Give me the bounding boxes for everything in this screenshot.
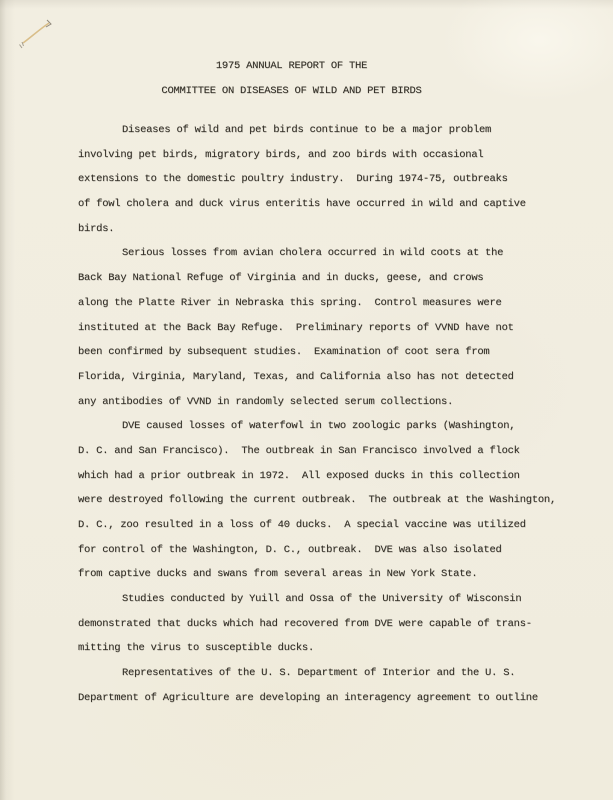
text-line: extensions to the domestic poultry indus… xyxy=(78,167,556,192)
text-line: demonstrated that ducks which had recove… xyxy=(78,612,556,637)
text-line: Studies conducted by Yuill and Ossa of t… xyxy=(78,587,556,612)
text-line: Florida, Virginia, Maryland, Texas, and … xyxy=(78,365,556,390)
text-line: along the Platte River in Nebraska this … xyxy=(78,291,556,316)
text-line: Department of Agriculture are developing… xyxy=(78,686,556,711)
text-line: been confirmed by subsequent studies. Ex… xyxy=(78,340,556,365)
text-line: D. C., zoo resulted in a loss of 40 duck… xyxy=(78,513,556,538)
text-line: instituted at the Back Bay Refuge. Preli… xyxy=(78,316,556,341)
text-line: which had a prior outbreak in 1972. All … xyxy=(78,464,556,489)
text-line: mitting the virus to susceptible ducks. xyxy=(78,636,556,661)
text-line: involving pet birds, migratory birds, an… xyxy=(78,143,556,168)
text-line: for control of the Washington, D. C., ou… xyxy=(78,538,556,563)
document-page: 1975 ANNUAL REPORT OF THE COMMITTEE ON D… xyxy=(0,0,613,800)
title-line-1: 1975 ANNUAL REPORT OF THE xyxy=(0,54,598,79)
text-line: from captive ducks and swans from severa… xyxy=(78,562,556,587)
text-line: of fowl cholera and duck virus enteritis… xyxy=(78,192,556,217)
document-body: Diseases of wild and pet birds continue … xyxy=(78,118,556,711)
text-line: were destroyed following the current out… xyxy=(78,488,556,513)
text-line: DVE caused losses of waterfowl in two zo… xyxy=(78,414,556,439)
text-line: birds. xyxy=(78,217,556,242)
text-line: Representatives of the U. S. Department … xyxy=(78,661,556,686)
text-line: Serious losses from avian cholera occurr… xyxy=(78,241,556,266)
text-line: Back Bay National Refuge of Virginia and… xyxy=(78,266,556,291)
text-line: Diseases of wild and pet birds continue … xyxy=(78,118,556,143)
text-line: D. C. and San Francisco). The outbreak i… xyxy=(78,439,556,464)
title-line-2: COMMITTEE ON DISEASES OF WILD AND PET BI… xyxy=(0,79,598,104)
text-line: any antibodies of VVND in randomly selec… xyxy=(78,390,556,415)
document-title: 1975 ANNUAL REPORT OF THE COMMITTEE ON D… xyxy=(0,54,598,103)
pencil-mark-icon xyxy=(5,8,65,58)
